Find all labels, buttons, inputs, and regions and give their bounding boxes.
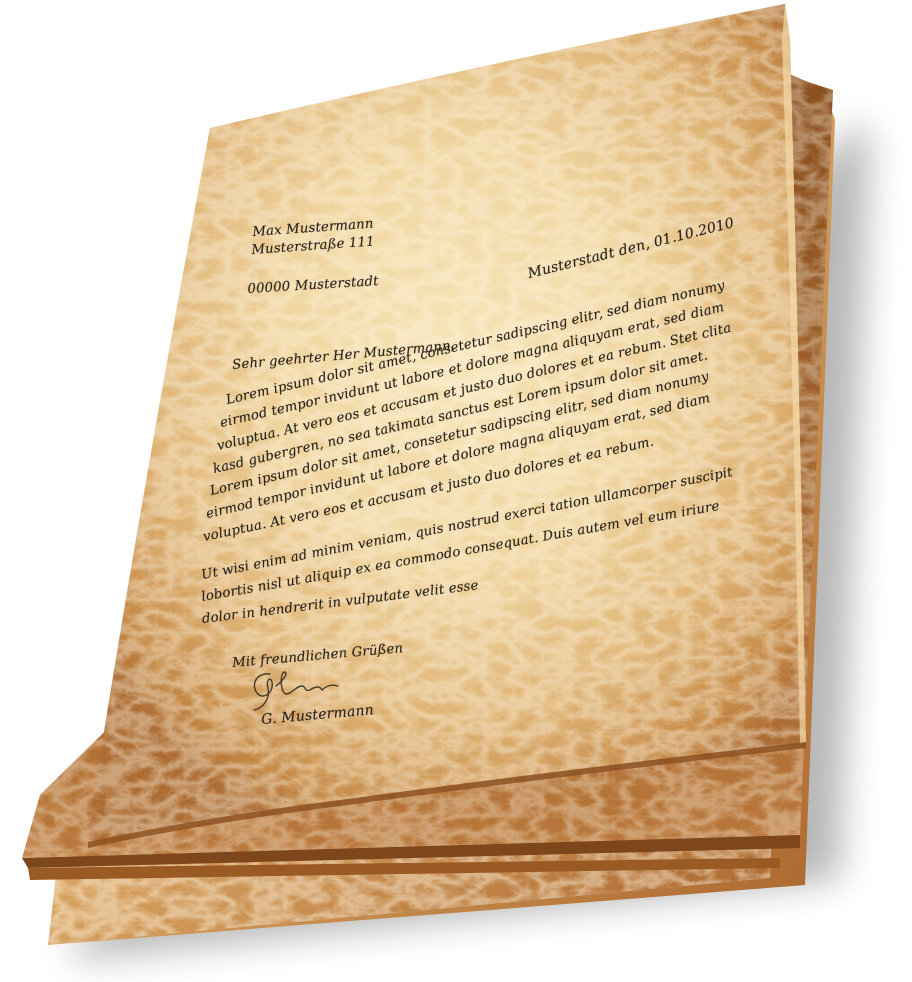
paper-stack-scene: Max Mustermann Musterstraße 111 00000 Mu…: [0, 0, 912, 982]
paper-stack: [0, 0, 912, 982]
